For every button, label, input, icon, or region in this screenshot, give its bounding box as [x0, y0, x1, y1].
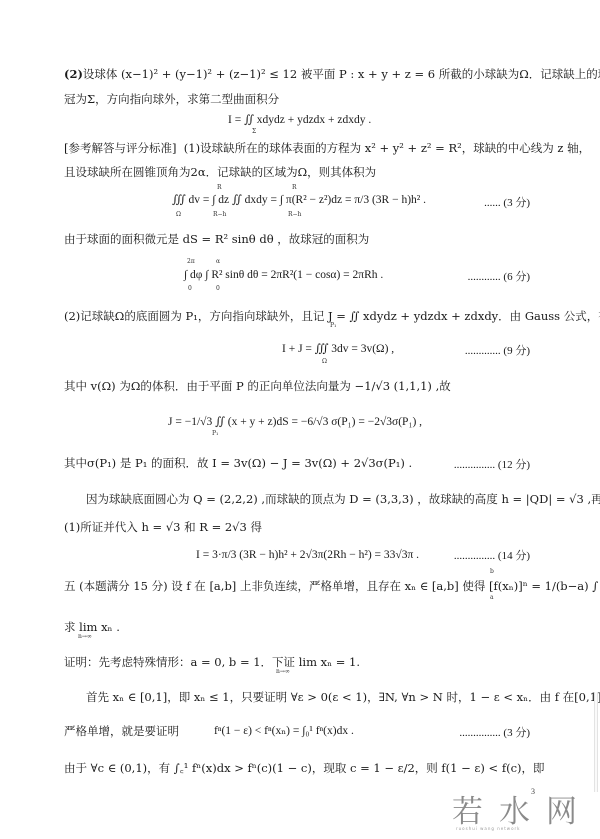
final-score: ............... (14 分) [454, 547, 530, 563]
height-text: 因为球缺底面圆心为 Q = (2,2,2) ,而球缺的顶点为 D = (3,3,… [86, 491, 600, 507]
eq1-score: ...... (3 分) [484, 194, 530, 210]
problem5-lower-limit: a [490, 594, 494, 601]
watermark-logo: 若水网 ruoshui wang network [452, 786, 592, 836]
eq3-score: ............. (9 分) [465, 342, 530, 358]
eq2-upper-limit-1: 2π [187, 258, 195, 265]
volume-equation: ∭ dv = ∫ dz ∬ dxdy = ∫ π(R² − z²)dz = π/… [172, 192, 426, 208]
problem5-upper-limit: b [490, 568, 494, 575]
problem2-formula: I = ∬ xdydz + ydzdx + zdxdy . [228, 112, 371, 128]
eq4-lower-limit: P₁ [212, 430, 218, 437]
eq1-upper-limit-1: R [217, 184, 222, 191]
problem2-statement-1: 设球体 (x−1)² + (y−1)² + (z−1)² ≤ 12 被平面 P … [83, 67, 600, 81]
vertical-scrollbar[interactable] [594, 692, 598, 792]
proof-line4: 由于 ∀c ∈ (0,1)，有 ∫꜀¹ fⁿ(x)dx > fⁿ(c)(1 − … [64, 760, 545, 776]
problem5-line1: 五 (本题满分 15 分) 设 f 在 [a,b] 上非负连续，严格单增，且存在… [64, 578, 600, 594]
problem5-lim-subscript: n→∞ [78, 633, 92, 640]
proof-line3-equation: fⁿ(1 − ε) < fⁿ(xₙ) = ∫₀¹ fⁿ(x)dx . [214, 723, 354, 739]
problem2-label: (2) [64, 67, 83, 81]
problem2-formula-lower-limit: Σ [252, 128, 256, 135]
eq1-lower-limit-2: R−h [288, 211, 301, 218]
problem2-line2: 冠为Σ，方向指向球外，求第二型曲面积分 [64, 91, 279, 107]
watermark-subtext: ruoshui wang network [456, 826, 520, 831]
eq3-lower-limit: Ω [322, 358, 327, 365]
eq2-score: ............ (6 分) [468, 268, 530, 284]
gauss-equation: I + J = ∭ 3dv = 3v(Ω) , [282, 341, 394, 357]
proof-line1: 证明：先考虑特殊情形：a = 0, b = 1．下证 lim xₙ = 1. [64, 654, 360, 670]
solution-part1-line2: 且设球缺所在圆锥顶角为2α．记球缺的区域为Ω，则其体积为 [64, 164, 376, 180]
substitution-text: (1)所证并代入 h = √3 和 R = 2√3 得 [64, 519, 262, 535]
eq1-lower-limit-1: R−h [213, 211, 226, 218]
normal-vector-text: 其中 v(Ω) 为Ω的体积．由于平面 P 的正向单位法向量为 −1/√3 (1,… [64, 378, 451, 394]
solution-header: [参考解答与评分标准] [64, 141, 176, 155]
proof-lim-subscript: n→∞ [276, 668, 290, 675]
area-element-text: 由于球面的面积微元是 dS = R² sinθ dθ ，故球冠的面积为 [64, 231, 369, 247]
solution-part1-line1: [参考解答与评分标准] (1)设球缺所在的球体表面的方程为 x² + y² + … [64, 140, 590, 156]
eq1-omega-limit: Ω [176, 211, 181, 218]
document-page: (2)设球体 (x−1)² + (y−1)² + (z−1)² ≤ 12 被平面… [0, 0, 600, 839]
proof-line3-label: 严格单增，就是要证明 [64, 723, 179, 739]
eq1-upper-limit-2: R [292, 184, 297, 191]
final-equation: I = 3·π/3 (3R − h)h² + 2√3π(2Rh − h²) = … [196, 547, 419, 563]
proof-line2: 首先 xₙ ∈ [0,1]，即 xₙ ≤ 1，只要证明 ∀ε > 0(ε < 1… [86, 689, 600, 705]
result-text: 其中σ(P₁) 是 P₁ 的面积．故 I = 3v(Ω) − J = 3v(Ω)… [64, 455, 412, 471]
result-score: ............... (12 分) [454, 456, 530, 472]
j-equation: J = −1/√3 ∬ (x + y + z)dS = −6/√3 σ(P₁) … [168, 414, 422, 430]
watermark-text: 若水网 [452, 786, 593, 831]
proof-line3-score: ............... (3 分) [459, 724, 530, 740]
eq2-upper-limit-2: α [216, 258, 220, 265]
part2-region-limit: P₁ [330, 322, 336, 329]
eq2-lower-limit-1: 0 [188, 285, 192, 292]
cap-area-equation: ∫ dφ ∫ R² sinθ dθ = 2πR²(1 − cosα) = 2πR… [184, 267, 383, 283]
problem2-line1: (2)设球体 (x−1)² + (y−1)² + (z−1)² ≤ 12 被平面… [64, 66, 600, 82]
eq2-lower-limit-2: 0 [216, 285, 220, 292]
